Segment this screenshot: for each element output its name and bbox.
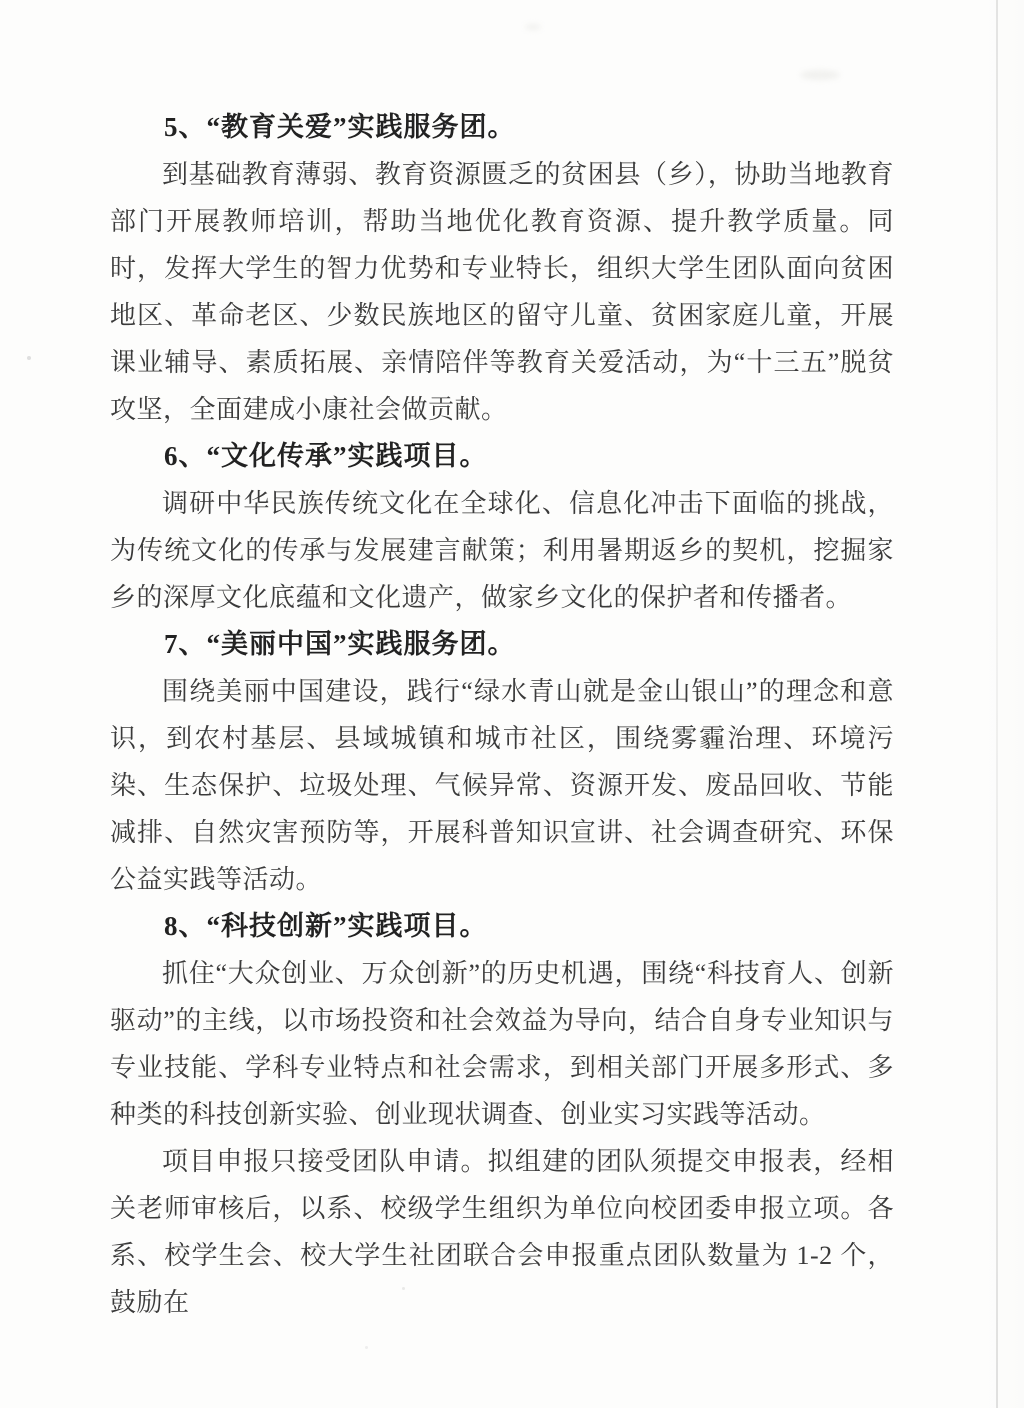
scan-page-edge-line — [996, 0, 998, 1408]
section-8-heading: 8、“科技创新”实践项目。 — [110, 903, 894, 950]
section-5-body: 到基础教育薄弱、教育资源匮乏的贫困县（乡），协助当地教育部门开展教师培训，帮助当… — [110, 151, 894, 433]
section-7-heading: 7、“美丽中国”实践服务团。 — [110, 621, 894, 668]
section-7-body: 围绕美丽中国建设，践行“绿水青山就是金山银山”的理念和意识，到农村基层、县域城镇… — [110, 668, 894, 903]
scan-speck — [365, 1346, 368, 1349]
section-6-body: 调研中华民族传统文化在全球化、信息化冲击下面临的挑战，为传统文化的传承与发展建言… — [110, 480, 894, 621]
section-5-heading: 5、“教育关爱”实践服务团。 — [110, 104, 894, 151]
document-content: 5、“教育关爱”实践服务团。 到基础教育薄弱、教育资源匮乏的贫困县（乡），协助当… — [110, 104, 894, 1326]
section-8-body: 抓住“大众创业、万众创新”的历史机遇，围绕“科技育人、创新驱动”的主线，以市场投… — [110, 950, 894, 1138]
scan-speck — [27, 356, 31, 360]
closing-paragraph: 项目申报只接受团队申请。拟组建的团队须提交申报表，经相关老师审核后，以系、校级学… — [110, 1138, 894, 1326]
section-5-education-care: 5、“教育关爱”实践服务团。 到基础教育薄弱、教育资源匮乏的贫困县（乡），协助当… — [110, 104, 894, 433]
scan-speck — [402, 1287, 405, 1290]
scan-smudge — [525, 24, 541, 30]
section-6-culture-heritage: 6、“文化传承”实践项目。 调研中华民族传统文化在全球化、信息化冲击下面临的挑战… — [110, 433, 894, 621]
scan-smudge — [800, 70, 840, 80]
section-8-tech-innovation: 8、“科技创新”实践项目。 抓住“大众创业、万众创新”的历史机遇，围绕“科技育人… — [110, 903, 894, 1138]
section-6-heading: 6、“文化传承”实践项目。 — [110, 433, 894, 480]
section-7-beautiful-china: 7、“美丽中国”实践服务团。 围绕美丽中国建设，践行“绿水青山就是金山银山”的理… — [110, 621, 894, 903]
scanned-document-page: 5、“教育关爱”实践服务团。 到基础教育薄弱、教育资源匮乏的贫困县（乡），协助当… — [0, 0, 1024, 1408]
